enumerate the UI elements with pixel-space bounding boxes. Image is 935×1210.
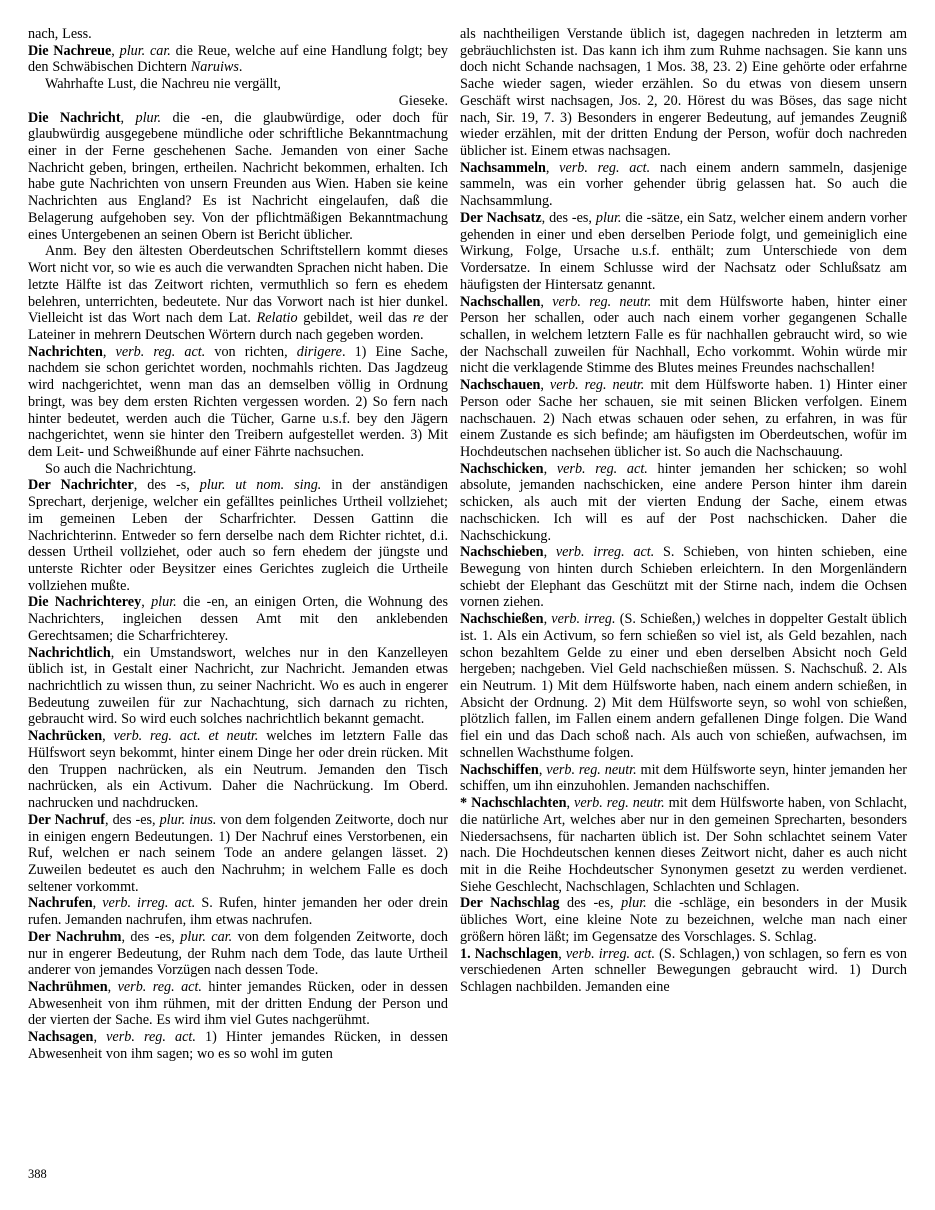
text-run: Wahrhafte Lust, die Nachreu nie vergällt…: [45, 76, 281, 92]
text-run: (S. Schießen,) welches in doppelter Gest…: [460, 611, 907, 761]
dictionary-entry: Die Nachrichterey, plur. die -en, an ein…: [28, 594, 448, 644]
headword: Der Nachruf: [28, 812, 105, 828]
grammar-label: verb. reg. act.: [118, 979, 202, 995]
dictionary-entry: Nachrichten, verb. reg. act. von richten…: [28, 344, 448, 461]
dictionary-entry: Der Nachruf, des -es, plur. inus. von de…: [28, 812, 448, 896]
headword: Nachschieben: [460, 544, 544, 560]
grammar-label: verb. irreg.: [551, 611, 615, 627]
text-run: ,: [544, 544, 556, 560]
dictionary-entry: Der Nachrichter, des -s, plur. ut nom. s…: [28, 477, 448, 594]
dictionary-entry: Nachschauen, verb. reg. neutr. mit dem H…: [460, 377, 907, 461]
dictionary-entry: Nachsagen, verb. reg. act. 1) Hinter jem…: [28, 1029, 448, 1062]
text-run: in der anständigen Sprechart, derjenige,…: [28, 477, 448, 593]
page-number: 388: [28, 1167, 47, 1181]
dictionary-entry: Die Nachreue, plur. car. die Reue, welch…: [28, 43, 448, 76]
note-paragraph: Anm. Bey den ältesten Oberdeutschen Schr…: [28, 243, 448, 343]
text-run: von richten,: [205, 344, 296, 360]
headword: Die Nachricht: [28, 110, 121, 126]
text-run: So auch die Nachrichtung.: [45, 461, 196, 477]
headword: Nachschicken: [460, 461, 544, 477]
note-paragraph: So auch die Nachrichtung.: [28, 461, 448, 478]
grammar-label: verb. reg. act.: [106, 1029, 196, 1045]
grammar-label: plur.: [621, 895, 647, 911]
text-run: .: [239, 59, 243, 75]
text-run: nach, Less.: [28, 26, 92, 42]
headword: Die Nachrichterey: [28, 594, 141, 610]
text-run: ,: [111, 43, 119, 59]
text-run: . 1) Eine Sache, nachdem sie schon geric…: [28, 344, 448, 460]
headword: Nachsagen: [28, 1029, 93, 1045]
headword: Nachschallen: [460, 294, 540, 310]
headword: Der Nachschlag: [460, 895, 559, 911]
headword: Nachrücken: [28, 728, 102, 744]
dictionary-entry: Nachschallen, verb. reg. neutr. mit dem …: [460, 294, 907, 378]
grammar-label: verb. reg. act. et neutr.: [113, 728, 258, 744]
grammar-label: dirigere: [297, 344, 342, 360]
grammar-label: plur.: [596, 210, 622, 226]
dictionary-entry: 1. Nachschlagen, verb. irreg. act. (S. S…: [460, 946, 907, 996]
headword: 1. Nachschlagen: [460, 946, 558, 962]
text-run: ,: [93, 895, 103, 911]
text-run: ,: [558, 946, 566, 962]
text-run: ,: [102, 728, 113, 744]
headword: Nachrichten: [28, 344, 103, 360]
grammar-label: Naruiws: [191, 59, 239, 75]
text-run: ,: [566, 795, 574, 811]
text-run: des -es,: [559, 895, 621, 911]
headword: Der Nachrichter: [28, 477, 134, 493]
headword: Der Nachsatz: [460, 210, 542, 226]
dictionary-entry: Nachschießen, verb. irreg. (S. Schießen,…: [460, 611, 907, 761]
grammar-label: verb. reg. act.: [557, 461, 648, 477]
dictionary-entry: Der Nachsatz, des -es, plur. die -sätze,…: [460, 210, 907, 294]
dictionary-entry: Nachschieben, verb. irreg. act. S. Schie…: [460, 544, 907, 611]
grammar-label: plur.: [151, 594, 177, 610]
text-run: ,: [546, 160, 559, 176]
column-left: nach, Less.Die Nachreue, plur. car. die …: [28, 26, 448, 1063]
continuation-paragraph: nach, Less.: [28, 26, 448, 43]
text-run: ,: [540, 294, 552, 310]
text-run: die -en, die glaubwürdige, oder doch für…: [28, 110, 448, 243]
grammar-label: verb. reg. neutr.: [574, 795, 665, 811]
headword: Nachschiffen: [460, 762, 539, 778]
grammar-label: verb. reg. neutr.: [550, 377, 644, 393]
verse-line: Wahrhafte Lust, die Nachreu nie vergällt…: [28, 76, 448, 93]
dictionary-entry: Die Nachricht, plur. die -en, die glaubw…: [28, 110, 448, 244]
text-run: ,: [103, 344, 116, 360]
dictionary-entry: Nachrühmen, verb. reg. act. hinter jeman…: [28, 979, 448, 1029]
headword: Nachschießen: [460, 611, 544, 627]
grammar-label: verb. reg. act.: [116, 344, 206, 360]
dictionary-entry: Nachrichtlich, ein Umstandswort, welches…: [28, 645, 448, 729]
dictionary-entry: Der Nachschlag des -es, plur. die -schlä…: [460, 895, 907, 945]
continuation-paragraph: als nachtheiligen Verstande üblich ist, …: [460, 26, 907, 160]
dictionary-entry: Nachrücken, verb. reg. act. et neutr. we…: [28, 728, 448, 812]
text-run: Gieseke.: [399, 93, 448, 109]
text-run: ,: [544, 461, 557, 477]
headword: Nachrühmen: [28, 979, 108, 995]
text-run: ,: [141, 594, 151, 610]
grammar-label: re: [413, 310, 424, 326]
text-run: gebildet, weil das: [298, 310, 413, 326]
text-run: ,: [108, 979, 118, 995]
grammar-label: verb. irreg. act.: [566, 946, 655, 962]
verse-attribution: Gieseke.: [28, 93, 448, 110]
grammar-label: verb. irreg. act.: [102, 895, 195, 911]
text-run: ,: [93, 1029, 106, 1045]
grammar-label: verb. reg. act.: [559, 160, 650, 176]
dictionary-page: nach, Less.Die Nachreue, plur. car. die …: [0, 0, 935, 1210]
grammar-label: plur. inus.: [160, 812, 217, 828]
grammar-label: plur. car.: [180, 929, 232, 945]
text-run: ,: [540, 377, 549, 393]
dictionary-entry: Nachsammeln, verb. reg. act. nach einem …: [460, 160, 907, 210]
headword: Nachschauen: [460, 377, 540, 393]
text-run: , des -es,: [121, 929, 180, 945]
column-right: als nachtheiligen Verstande üblich ist, …: [460, 26, 907, 1063]
text-run: , des -es,: [105, 812, 160, 828]
headword: * Nachschlachten: [460, 795, 566, 811]
headword: Nachrufen: [28, 895, 93, 911]
text-run: , des -s,: [134, 477, 200, 493]
headword: Der Nachruhm: [28, 929, 121, 945]
grammar-label: plur.: [135, 110, 161, 126]
dictionary-entry: Der Nachruhm, des -es, plur. car. von de…: [28, 929, 448, 979]
grammar-label: verb. irreg. act.: [556, 544, 654, 560]
dictionary-entry: * Nachschlachten, verb. reg. neutr. mit …: [460, 795, 907, 895]
headword: Nachsammeln: [460, 160, 546, 176]
text-columns: nach, Less.Die Nachreue, plur. car. die …: [28, 26, 907, 1063]
headword: Die Nachreue: [28, 43, 111, 59]
grammar-label: verb. reg. neutr.: [546, 762, 636, 778]
dictionary-entry: Nachschicken, verb. reg. act. hinter jem…: [460, 461, 907, 545]
dictionary-entry: Nachrufen, verb. irreg. act. S. Rufen, h…: [28, 895, 448, 928]
dictionary-entry: Nachschiffen, verb. reg. neutr. mit dem …: [460, 762, 907, 795]
headword: Nachrichtlich: [28, 645, 111, 661]
text-run: als nachtheiligen Verstande üblich ist, …: [460, 26, 907, 159]
grammar-label: Relatio: [257, 310, 298, 326]
grammar-label: plur. car.: [120, 43, 171, 59]
text-run: , des -es,: [542, 210, 596, 226]
text-run: ,: [121, 110, 136, 126]
grammar-label: verb. reg. neutr.: [552, 294, 651, 310]
grammar-label: plur. ut nom. sing.: [200, 477, 322, 493]
